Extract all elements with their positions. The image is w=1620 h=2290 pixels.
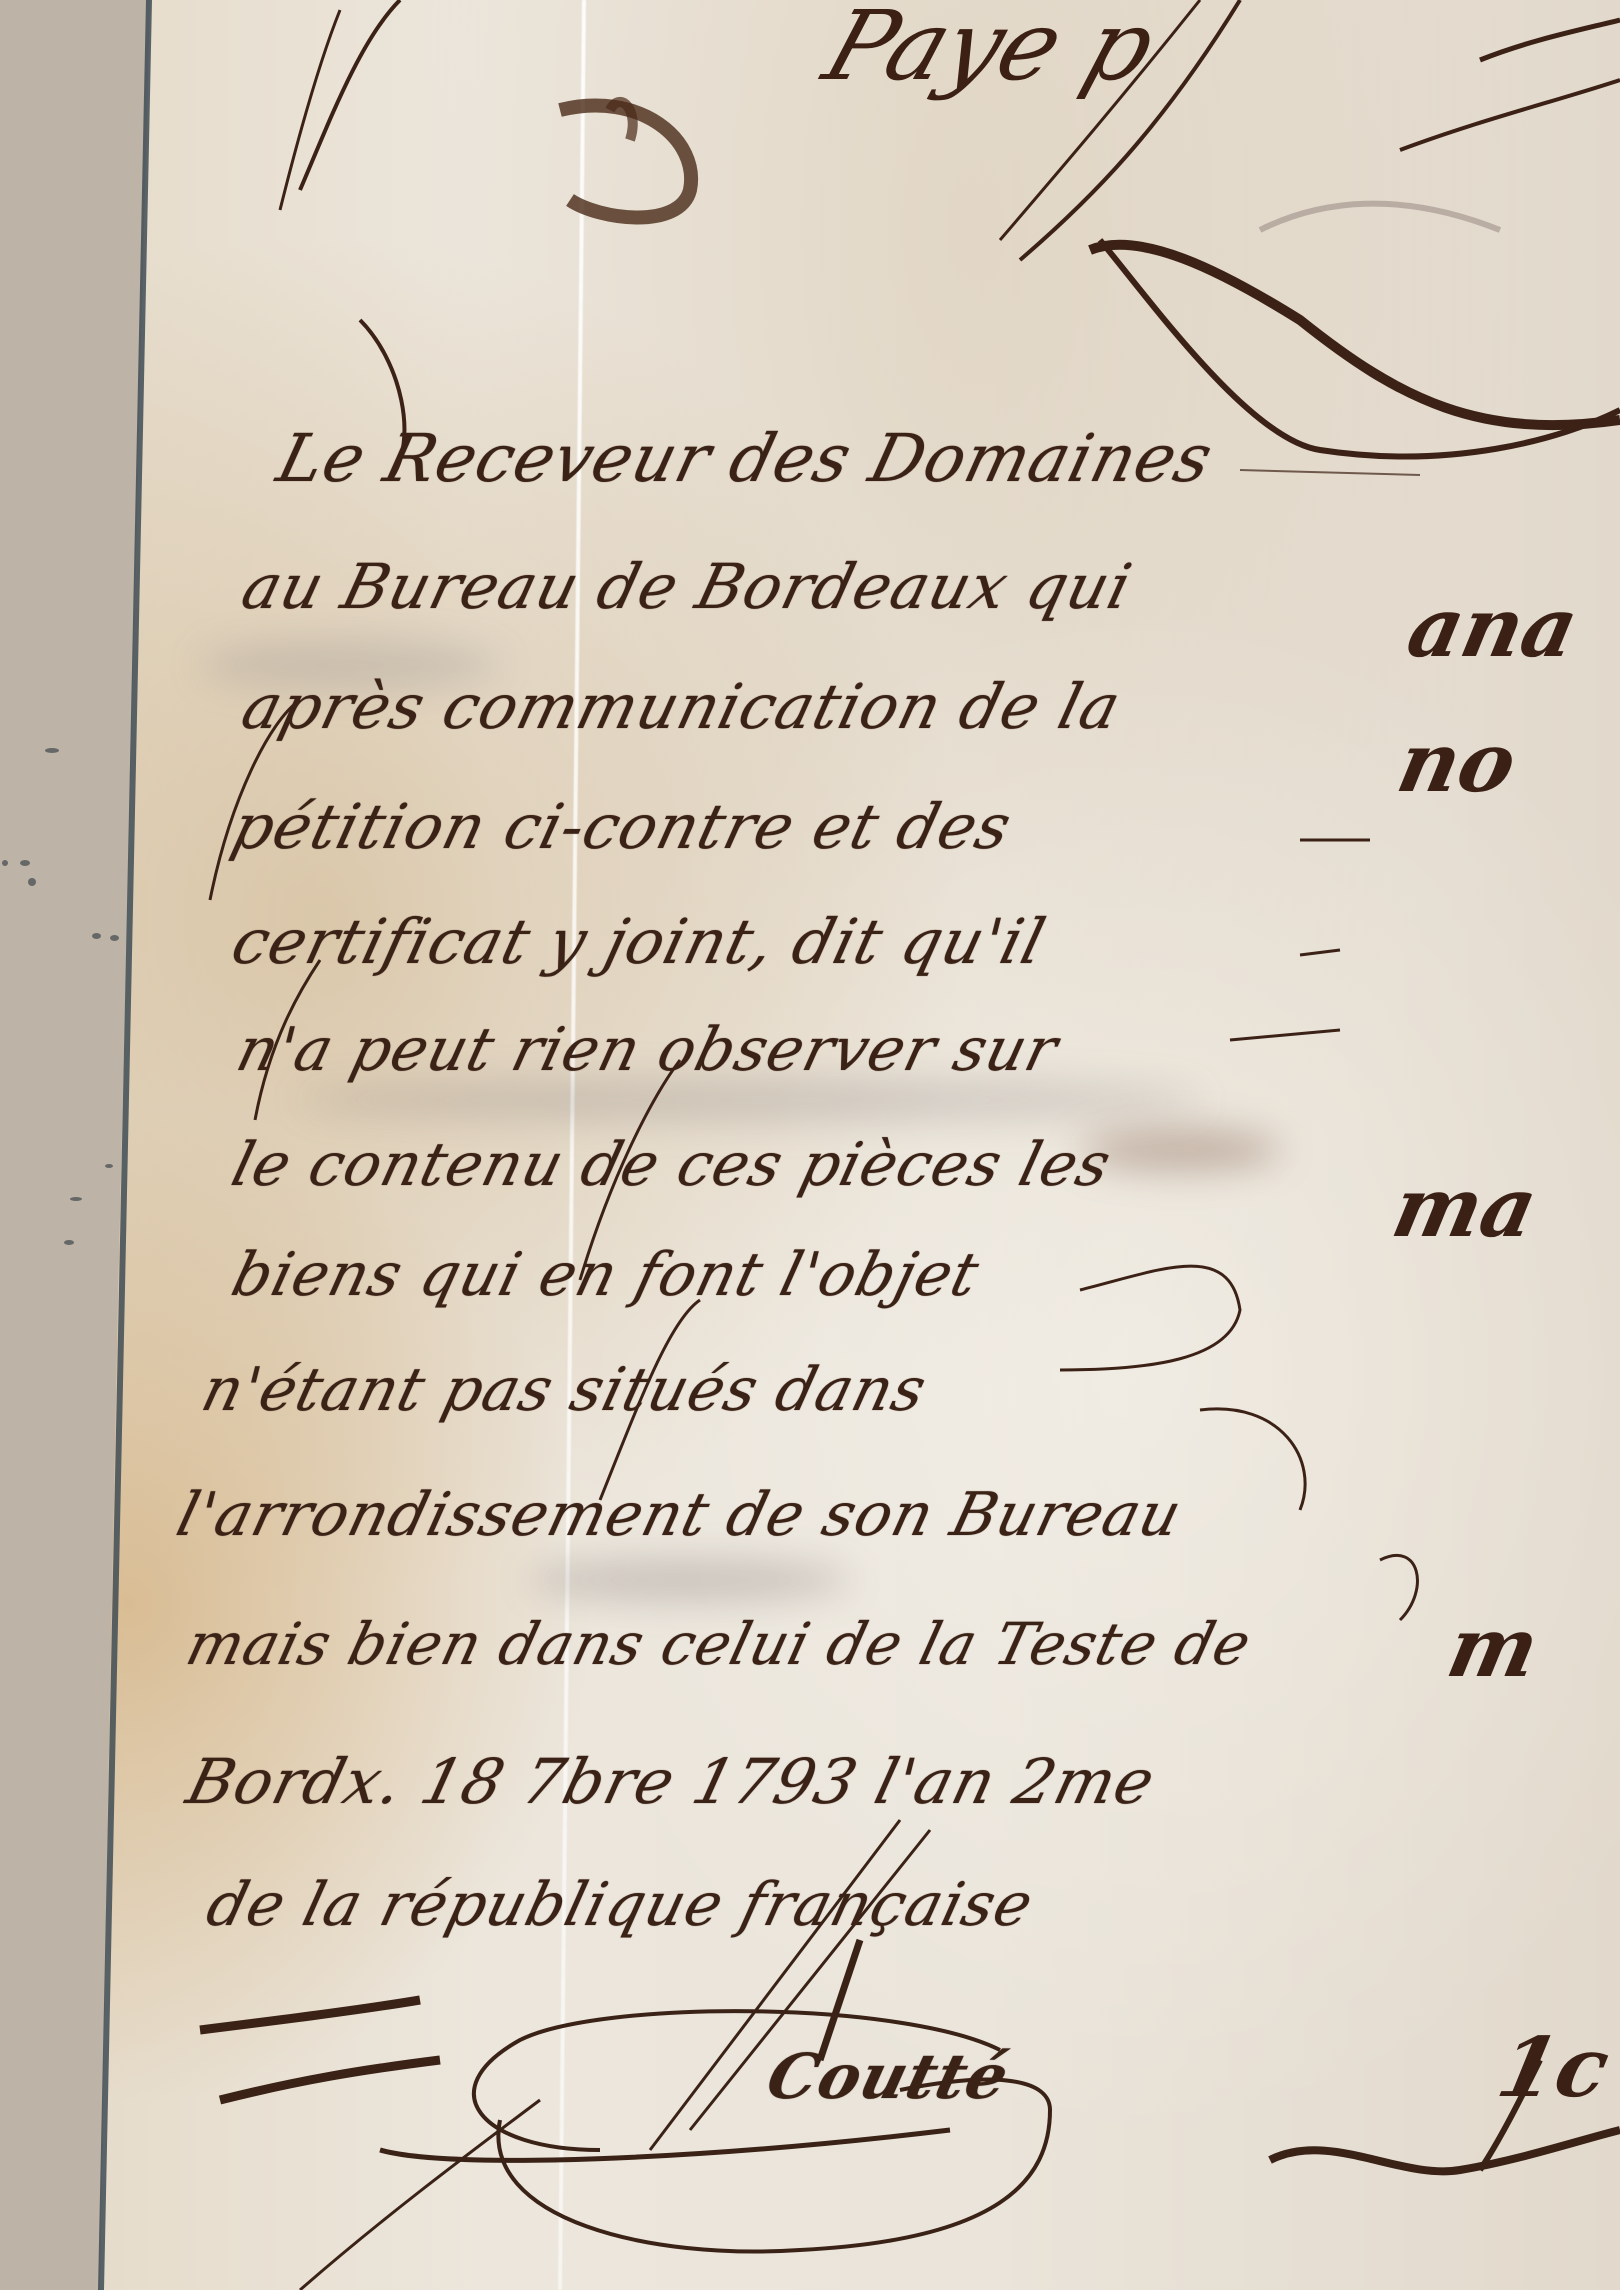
signature-flourish-icon — [0, 0, 1620, 2290]
margin-fragment: ana — [1400, 580, 1586, 676]
margin-fragment: ma — [1385, 1160, 1545, 1256]
signature-name: Coutté — [760, 2040, 1017, 2113]
margin-fragment: 1c — [1490, 2020, 1617, 2116]
margin-fragment: no — [1390, 715, 1525, 811]
